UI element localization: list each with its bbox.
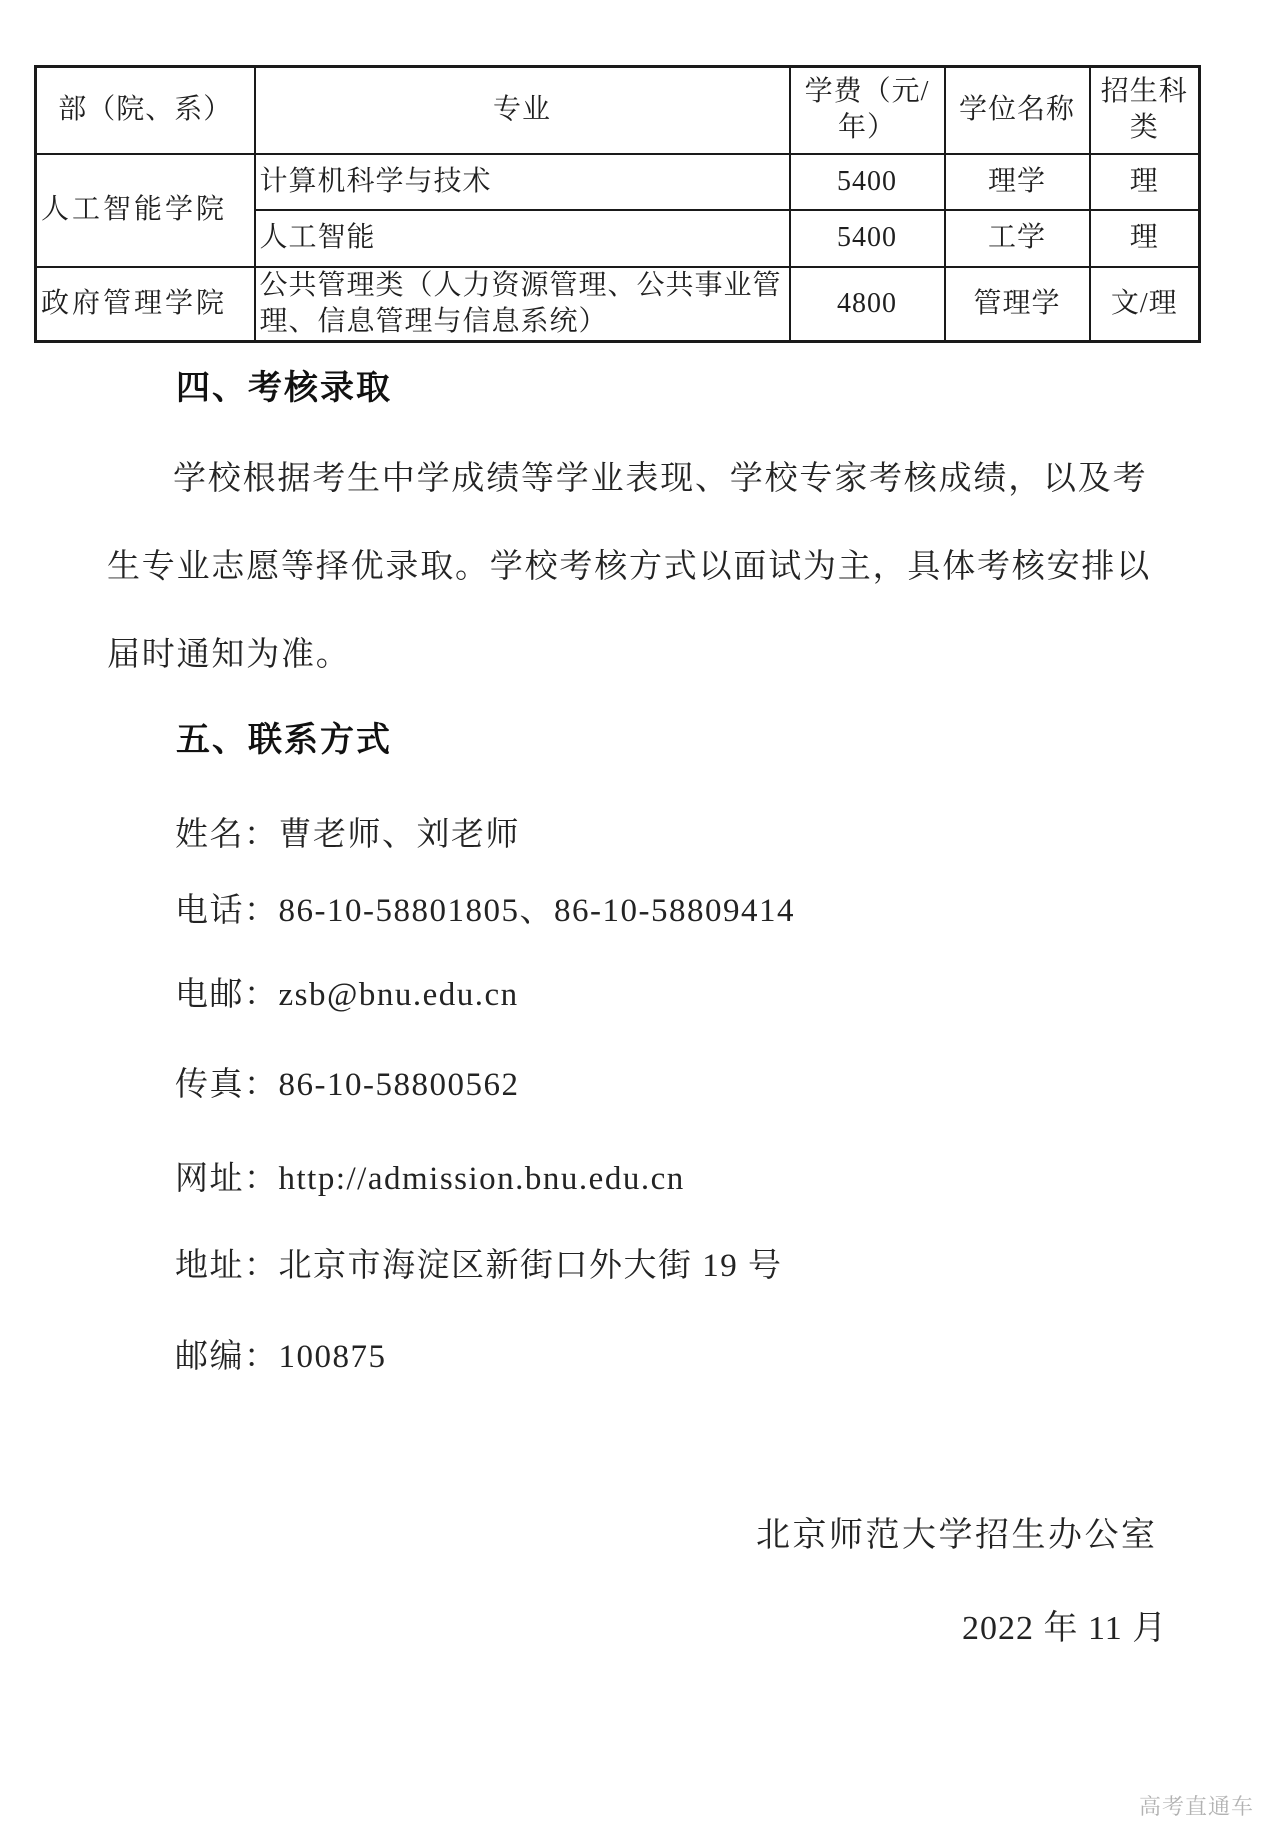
section-heading-contact-info: 五、联系方式 — [176, 712, 392, 761]
col-header-department: 部（院、系） — [36, 67, 255, 154]
cell-degree: 理学 — [945, 154, 1090, 210]
paragraph-line: 生专业志愿等择优录取。学校考核方式以面试为主，具体考核安排以 — [107, 540, 1151, 587]
cell-major: 人工智能 — [255, 210, 790, 267]
contact-line-address: 地址：北京市海淀区新街口外大街 19 号 — [175, 1239, 783, 1286]
paragraph-line: 届时通知为准。 — [107, 628, 351, 675]
cell-department: 人工智能学院 — [36, 154, 255, 267]
cell-category: 理 — [1090, 154, 1200, 210]
col-header-degree: 学位名称 — [945, 67, 1090, 154]
cell-tuition: 5400 — [790, 154, 945, 210]
paragraph-line: 学校根据考生中学成绩等学业表现、学校专家考核成绩，以及考 — [107, 452, 1147, 499]
col-header-major: 专业 — [255, 67, 790, 154]
col-header-tuition: 学费（元/年） — [790, 67, 945, 154]
watermark: 高考直通车 — [1139, 1790, 1254, 1821]
signature-line: 北京师范大学招生办公室 — [756, 1507, 1158, 1556]
contact-line-phone: 电话：86-10-58801805、86-10-58809414 — [175, 884, 795, 931]
col-header-category: 招生科类 — [1090, 67, 1200, 154]
cell-category: 文/理 — [1090, 267, 1200, 342]
contact-line-fax: 传真：86-10-58800562 — [175, 1058, 519, 1105]
contact-line-postcode: 邮编：100875 — [175, 1330, 387, 1377]
cell-department: 政府管理学院 — [36, 267, 255, 342]
table-header-row: 部（院、系） 专业 学费（元/年） 学位名称 招生科类 — [36, 67, 1200, 154]
contact-line-email: 电邮：zsb@bnu.edu.cn — [175, 968, 519, 1015]
cell-degree: 工学 — [945, 210, 1090, 267]
table-row: 政府管理学院 公共管理类（人力资源管理、公共事业管理、信息管理与信息系统） 48… — [36, 267, 1200, 342]
cell-major: 公共管理类（人力资源管理、公共事业管理、信息管理与信息系统） — [255, 267, 790, 342]
cell-major: 计算机科学与技术 — [255, 154, 790, 210]
cell-degree: 管理学 — [945, 267, 1090, 342]
cell-tuition: 4800 — [790, 267, 945, 342]
section-heading-assessment-admission: 四、考核录取 — [176, 360, 392, 409]
date-line: 2022 年 11 月 — [962, 1600, 1167, 1649]
admission-majors-table: 部（院、系） 专业 学费（元/年） 学位名称 招生科类 人工智能学院 计算机科学… — [34, 65, 1201, 343]
cell-category: 理 — [1090, 210, 1200, 267]
cell-tuition: 5400 — [790, 210, 945, 267]
contact-line-website: 网址：http://admission.bnu.edu.cn — [175, 1152, 685, 1199]
document-page: 部（院、系） 专业 学费（元/年） 学位名称 招生科类 人工智能学院 计算机科学… — [0, 0, 1280, 1843]
contact-line-name: 姓名：曹老师、刘老师 — [175, 808, 520, 855]
table-row: 人工智能学院 计算机科学与技术 5400 理学 理 — [36, 154, 1200, 210]
